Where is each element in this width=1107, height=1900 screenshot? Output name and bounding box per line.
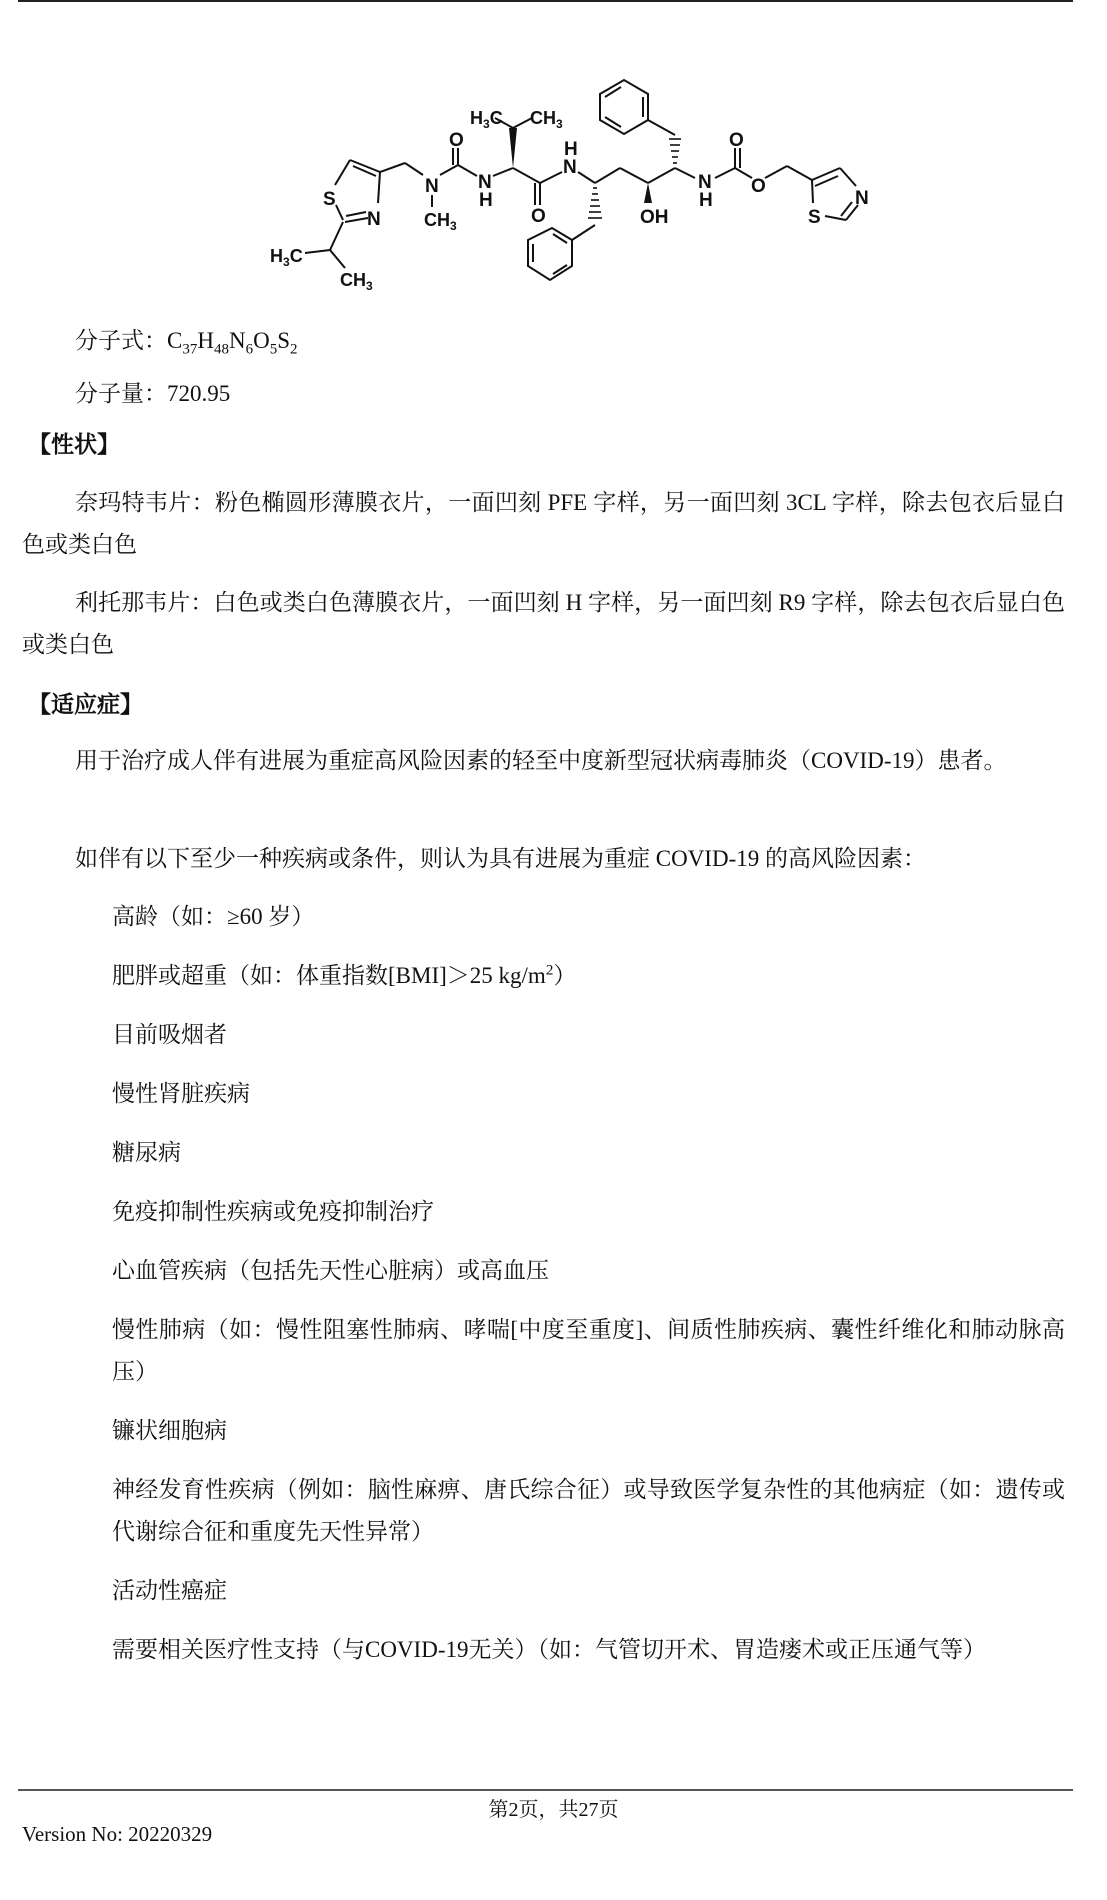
- risk-factor-sickle-cell: 镰状细胞病: [112, 1410, 1065, 1452]
- label-n-right: N: [855, 188, 869, 209]
- indication-text: 用于治疗成人伴有进展为重症高风险因素的轻至中度新型冠状病毒肺炎（COVID-19…: [22, 740, 1065, 782]
- appearance-nirmatrelvir: 奈玛特韦片：粉色椭圆形薄膜衣片，一面凹刻 PFE 字样，另一面凹刻 3CL 字样…: [22, 482, 1065, 566]
- footer-rule: [18, 1789, 1073, 1791]
- close-paren: ）: [553, 963, 576, 988]
- risk-factor-ckd: 慢性肾脏疾病: [112, 1073, 1065, 1115]
- label-h-carbamate: H: [699, 190, 713, 211]
- molecular-weight: 分子量：720.95: [75, 373, 230, 415]
- label-h3c-valine: H3C: [470, 108, 503, 131]
- label-h3c-iso: H3C: [270, 246, 303, 269]
- risk-factor-age: 高龄（如：≥60 岁）: [112, 896, 1065, 938]
- risk-factor-obesity: 肥胖或超重（如：体重指数[BMI]＞25 kg/m2）: [112, 955, 1065, 997]
- page-number: 第2页，共27页: [0, 1793, 1107, 1822]
- label-n-amide: N: [563, 157, 577, 178]
- risk-factor-cardiovascular: 心血管疾病（包括先天性心脏病）或高血压: [112, 1250, 1065, 1292]
- label-n-left: N: [367, 209, 381, 230]
- risk-factor-lung-disease: 慢性肺病（如：慢性阻塞性肺病、哮喘[中度至重度]、间质性肺疾病、囊性纤维化和肺动…: [112, 1309, 1065, 1393]
- label-n-methyl: N: [425, 176, 439, 197]
- risk-factor-cancer: 活动性癌症: [112, 1570, 1065, 1612]
- label-h-urea: H: [479, 190, 493, 211]
- label-o-ester: O: [751, 176, 766, 197]
- heading-indications: 【适应症】: [28, 690, 143, 720]
- risk-intro: 如伴有以下至少一种疾病或条件，则认为具有进展为重症 COVID-19 的高风险因…: [22, 838, 1065, 880]
- appearance-ritonavir: 利托那韦片：白色或类白色薄膜衣片，一面凹刻 H 字样，另一面凹刻 R9 字样，除…: [22, 582, 1065, 666]
- risk-factor-obesity-text: 肥胖或超重（如：体重指数[BMI]＞25 kg/m: [112, 963, 546, 988]
- risk-factor-diabetes: 糖尿病: [112, 1132, 1065, 1174]
- label-o-urea: O: [449, 130, 464, 151]
- risk-factor-neurodevelopmental: 神经发育性疾病（例如：脑性麻痹、唐氏综合征）或导致医学复杂性的其他病症（如：遗传…: [112, 1469, 1065, 1553]
- risk-factor-medical-support: 需要相关医疗性支持（与COVID-19无关）（如：气管切开术、胃造瘘术或正压通气…: [112, 1629, 1065, 1671]
- risk-factor-immunosuppression: 免疫抑制性疾病或免疫抑制治疗: [112, 1191, 1065, 1233]
- label-s-left: S: [323, 189, 336, 210]
- chemical-structure: S N H3C CH3 N CH3 O N H H3C CH3 O H N OH…: [240, 60, 900, 300]
- risk-factor-smoker: 目前吸烟者: [112, 1014, 1065, 1056]
- label-ch3-nmethyl: CH3: [424, 210, 457, 233]
- label-ch3-iso: CH3: [340, 270, 373, 293]
- formula-value: C37H48N6O5S2: [167, 328, 298, 353]
- label-oh: OH: [640, 207, 669, 228]
- version-number: Version No: 20220329: [22, 1822, 212, 1847]
- label-ch3-valine: CH3: [530, 108, 563, 131]
- label-o-carbamate: O: [729, 130, 744, 151]
- label-s-right: S: [808, 207, 821, 228]
- weight-value: 720.95: [167, 381, 230, 406]
- molecular-formula: 分子式：C37H48N6O5S2: [75, 320, 298, 362]
- formula-label: 分子式：: [75, 328, 167, 353]
- label-o-amide: O: [531, 206, 546, 227]
- heading-appearance: 【性状】: [28, 430, 120, 460]
- weight-label: 分子量：: [75, 381, 167, 406]
- top-rule: [18, 0, 1073, 2]
